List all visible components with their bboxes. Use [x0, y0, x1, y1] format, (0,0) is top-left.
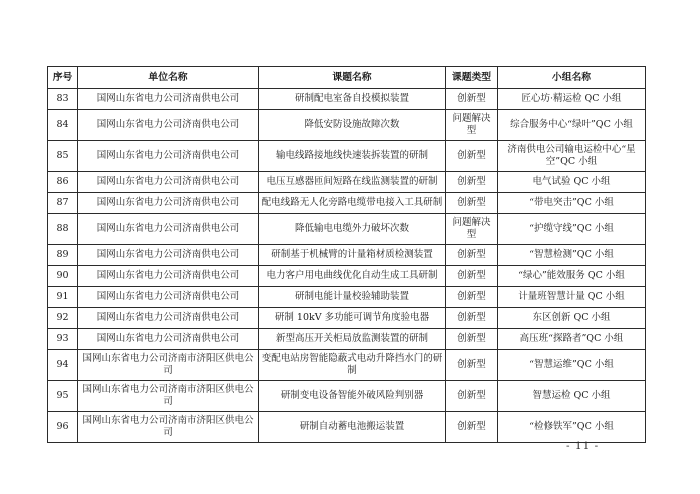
- cell-topic-name: 研制 10kV 多功能可调节角度验电器: [259, 308, 446, 329]
- cell-topic-type: 创新型: [446, 308, 498, 329]
- cell-topic-type: 问题解决型: [446, 214, 498, 245]
- table-row: 87国网山东省电力公司济南供电公司配电线路无人化旁路电缆带电接入工具研制创新型“…: [48, 193, 646, 214]
- cell-unit-name: 国网山东省电力公司济南供电公司: [78, 329, 259, 350]
- cell-unit-name: 国网山东省电力公司济南供电公司: [78, 141, 259, 172]
- cell-unit-name: 国网山东省电力公司济南供电公司: [78, 110, 259, 141]
- cell-group-name: 东区创新 QC 小组: [498, 308, 646, 329]
- cell-serial-number: 95: [48, 381, 78, 412]
- cell-topic-name: 新型高压开关柜局放监测装置的研制: [259, 329, 446, 350]
- cell-serial-number: 83: [48, 89, 78, 110]
- cell-serial-number: 88: [48, 214, 78, 245]
- cell-topic-type: 问题解决型: [446, 110, 498, 141]
- cell-group-name: 电气试验 QC 小组: [498, 172, 646, 193]
- cell-group-name: 济南供电公司输电运检中心“星空”QC 小组: [498, 141, 646, 172]
- header-topic-type: 课题类型: [446, 67, 498, 89]
- table-row: 83国网山东省电力公司济南供电公司研制配电室备自投模拟装置创新型匠心坊·精运检 …: [48, 89, 646, 110]
- table-row: 86国网山东省电力公司济南供电公司电压互感器匝间短路在线监测装置的研制创新型电气…: [48, 172, 646, 193]
- cell-group-name: “绿心”能效服务 QC 小组: [498, 266, 646, 287]
- header-group-name: 小组名称: [498, 67, 646, 89]
- cell-unit-name: 国网山东省电力公司济南供电公司: [78, 193, 259, 214]
- cell-topic-name: 电压互感器匝间短路在线监测装置的研制: [259, 172, 446, 193]
- cell-topic-type: 创新型: [446, 89, 498, 110]
- cell-topic-name: 研制变电设备智能外破风险判别器: [259, 381, 446, 412]
- cell-topic-type: 创新型: [446, 193, 498, 214]
- cell-serial-number: 92: [48, 308, 78, 329]
- cell-topic-type: 创新型: [446, 381, 498, 412]
- table-row: 85国网山东省电力公司济南供电公司输电线路接地线快速装拆装置的研制创新型济南供电…: [48, 141, 646, 172]
- table-row: 92国网山东省电力公司济南供电公司研制 10kV 多功能可调节角度验电器创新型东…: [48, 308, 646, 329]
- header-topic-name: 课题名称: [259, 67, 446, 89]
- cell-topic-type: 创新型: [446, 350, 498, 381]
- cell-topic-type: 创新型: [446, 141, 498, 172]
- table-row: 88国网山东省电力公司济南供电公司降低输电电缆外力破坏次数问题解决型“护缆守线”…: [48, 214, 646, 245]
- cell-topic-type: 创新型: [446, 329, 498, 350]
- cell-group-name: “智慧检测”QC 小组: [498, 245, 646, 266]
- table-header-row: 序号 单位名称 课题名称 课题类型 小组名称: [48, 67, 646, 89]
- cell-unit-name: 国网山东省电力公司济南市济阳区供电公司: [78, 381, 259, 412]
- table-row: 91国网山东省电力公司济南供电公司研制电能计量校验辅助装置创新型计量班智慧计量 …: [48, 287, 646, 308]
- cell-topic-name: 电力客户用电曲线优化自动生成工具研制: [259, 266, 446, 287]
- table-row: 96国网山东省电力公司济南市济阳区供电公司研制自动蓄电池搬运装置创新型“检修铁军…: [48, 412, 646, 443]
- document-page: 序号 单位名称 课题名称 课题类型 小组名称 83国网山东省电力公司济南供电公司…: [0, 0, 700, 494]
- cell-topic-name: 研制电能计量校验辅助装置: [259, 287, 446, 308]
- cell-serial-number: 94: [48, 350, 78, 381]
- cell-serial-number: 89: [48, 245, 78, 266]
- page-number: - 11 -: [566, 440, 599, 452]
- header-serial-number: 序号: [48, 67, 78, 89]
- cell-unit-name: 国网山东省电力公司济南供电公司: [78, 214, 259, 245]
- cell-group-name: “带电突击”QC 小组: [498, 193, 646, 214]
- cell-unit-name: 国网山东省电力公司济南市济阳区供电公司: [78, 412, 259, 443]
- cell-topic-type: 创新型: [446, 172, 498, 193]
- cell-topic-name: 研制基于机械臂的计量箱材质检测装置: [259, 245, 446, 266]
- table-row: 90国网山东省电力公司济南供电公司电力客户用电曲线优化自动生成工具研制创新型“绿…: [48, 266, 646, 287]
- cell-serial-number: 87: [48, 193, 78, 214]
- cell-serial-number: 96: [48, 412, 78, 443]
- cell-serial-number: 86: [48, 172, 78, 193]
- cell-unit-name: 国网山东省电力公司济南供电公司: [78, 245, 259, 266]
- cell-unit-name: 国网山东省电力公司济南供电公司: [78, 89, 259, 110]
- table-row: 95国网山东省电力公司济南市济阳区供电公司研制变电设备智能外破风险判别器创新型智…: [48, 381, 646, 412]
- cell-topic-type: 创新型: [446, 245, 498, 266]
- table-row: 84国网山东省电力公司济南供电公司降低安防设施故障次数问题解决型综合服务中心“绿…: [48, 110, 646, 141]
- cell-unit-name: 国网山东省电力公司济南供电公司: [78, 287, 259, 308]
- table-body: 83国网山东省电力公司济南供电公司研制配电室备自投模拟装置创新型匠心坊·精运检 …: [48, 89, 646, 443]
- cell-serial-number: 84: [48, 110, 78, 141]
- table-row: 89国网山东省电力公司济南供电公司研制基于机械臂的计量箱材质检测装置创新型“智慧…: [48, 245, 646, 266]
- cell-unit-name: 国网山东省电力公司济南市济阳区供电公司: [78, 350, 259, 381]
- cell-group-name: 综合服务中心“绿叶”QC 小组: [498, 110, 646, 141]
- cell-serial-number: 85: [48, 141, 78, 172]
- cell-group-name: “检修铁军”QC 小组: [498, 412, 646, 443]
- cell-group-name: “护缆守线”QC 小组: [498, 214, 646, 245]
- cell-topic-name: 降低安防设施故障次数: [259, 110, 446, 141]
- table-row: 94国网山东省电力公司济南市济阳区供电公司变配电站房智能隐蔽式电动升降挡水门的研…: [48, 350, 646, 381]
- cell-group-name: 高压班“探路者”QC 小组: [498, 329, 646, 350]
- cell-unit-name: 国网山东省电力公司济南供电公司: [78, 172, 259, 193]
- cell-group-name: 智慧运检 QC 小组: [498, 381, 646, 412]
- cell-topic-name: 研制自动蓄电池搬运装置: [259, 412, 446, 443]
- cell-topic-name: 输电线路接地线快速装拆装置的研制: [259, 141, 446, 172]
- cell-topic-type: 创新型: [446, 412, 498, 443]
- header-unit-name: 单位名称: [78, 67, 259, 89]
- cell-serial-number: 93: [48, 329, 78, 350]
- cell-topic-name: 配电线路无人化旁路电缆带电接入工具研制: [259, 193, 446, 214]
- cell-unit-name: 国网山东省电力公司济南供电公司: [78, 308, 259, 329]
- cell-unit-name: 国网山东省电力公司济南供电公司: [78, 266, 259, 287]
- cell-serial-number: 91: [48, 287, 78, 308]
- cell-topic-name: 降低输电电缆外力破坏次数: [259, 214, 446, 245]
- cell-topic-name: 变配电站房智能隐蔽式电动升降挡水门的研制: [259, 350, 446, 381]
- cell-serial-number: 90: [48, 266, 78, 287]
- table-row: 93国网山东省电力公司济南供电公司新型高压开关柜局放监测装置的研制创新型高压班“…: [48, 329, 646, 350]
- cell-topic-type: 创新型: [446, 266, 498, 287]
- cell-topic-type: 创新型: [446, 287, 498, 308]
- cell-group-name: 匠心坊·精运检 QC 小组: [498, 89, 646, 110]
- qc-topics-table: 序号 单位名称 课题名称 课题类型 小组名称 83国网山东省电力公司济南供电公司…: [47, 66, 646, 443]
- cell-topic-name: 研制配电室备自投模拟装置: [259, 89, 446, 110]
- cell-group-name: “智慧运维”QC 小组: [498, 350, 646, 381]
- cell-group-name: 计量班智慧计量 QC 小组: [498, 287, 646, 308]
